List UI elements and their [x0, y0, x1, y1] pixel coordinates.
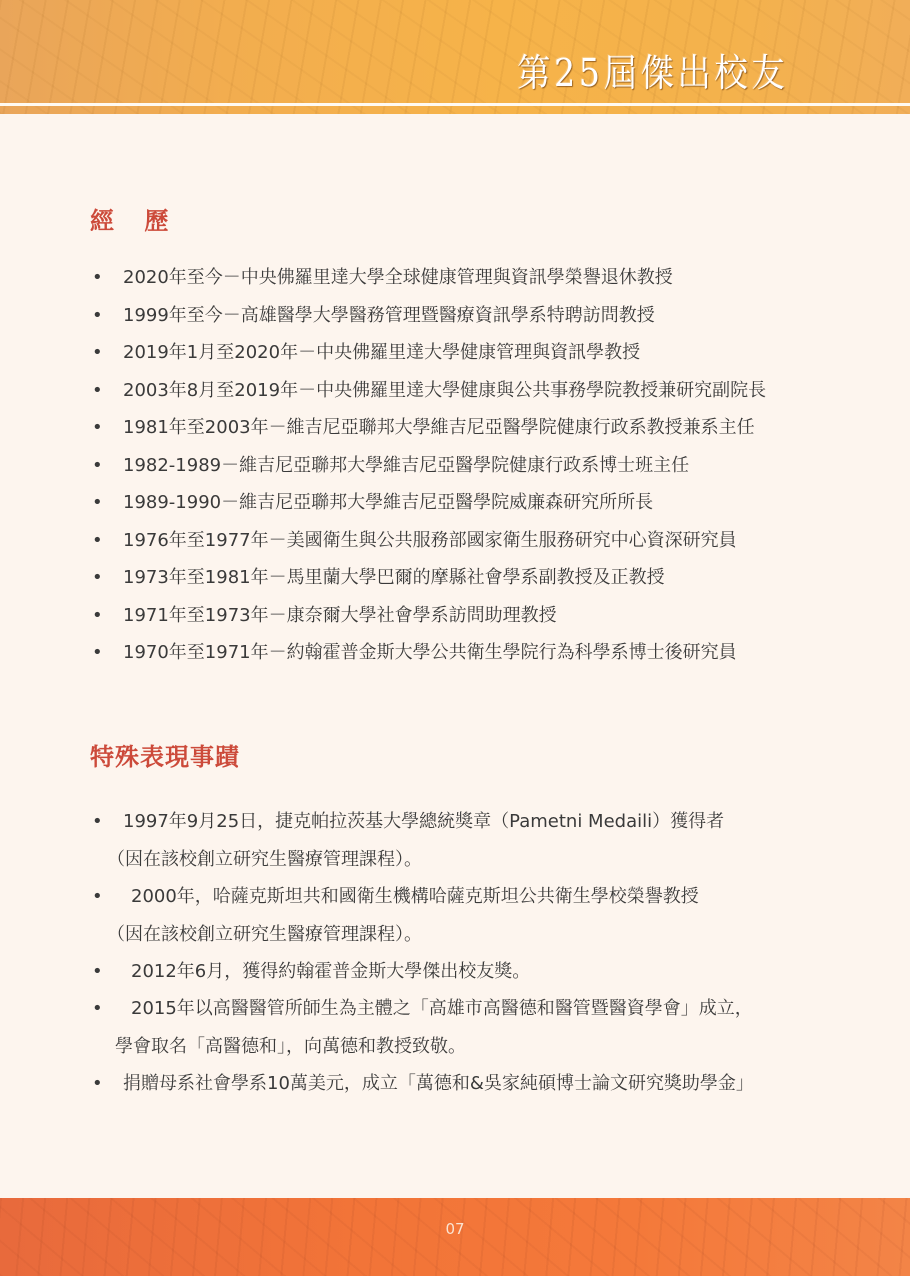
list-item-continuation: 學會取名「高醫德和」，向萬德和教授致敬。: [115, 1036, 754, 1058]
section-title-career: 經 歷: [90, 201, 169, 236]
list-item-text: 2003年8月至2019年－中央佛羅里達大學健康與公共事務學院教授兼研究副院長: [123, 380, 766, 401]
list-item: •1999年至今－高雄醫學大學醫務管理暨醫療資訊學系特聘訪問教授: [92, 305, 766, 343]
list-item: •1971年至1973年－康奈爾大學社會學系訪問助理教授: [92, 605, 766, 643]
bullet-icon: •: [92, 530, 102, 552]
list-item-text: 1989-1990－維吉尼亞聯邦大學維吉尼亞醫學院威廉森研究所所長: [123, 492, 653, 513]
list-item: •2019年1月至2020年－中央佛羅里達大學健康管理與資訊學教授: [92, 342, 766, 380]
bullet-icon: •: [92, 567, 102, 589]
header-banner: 第25屆傑出校友: [0, 0, 910, 114]
list-item-text: 1971年至1973年－康奈爾大學社會學系訪問助理教授: [123, 605, 557, 626]
list-item: •2003年8月至2019年－中央佛羅里達大學健康與公共事務學院教授兼研究副院長: [92, 380, 766, 418]
career-list: •2020年至今－中央佛羅里達大學全球健康管理與資訊學榮譽退休教授 •1999年…: [92, 267, 766, 680]
bullet-icon: •: [92, 642, 102, 664]
bullet-icon: •: [92, 492, 102, 514]
bullet-icon: •: [92, 886, 102, 908]
list-item: •1989-1990－維吉尼亞聯邦大學維吉尼亞醫學院威廉森研究所所長: [92, 492, 766, 530]
list-item-text: 2015年以高醫醫管所師生為主體之「高雄市高醫德和醫管暨醫資學會」成立，: [123, 998, 753, 1019]
list-item: •1970年至1971年－約翰霍普金斯大學公共衛生學院行為科學系博士後研究員: [92, 642, 766, 680]
bullet-icon: •: [92, 998, 102, 1020]
list-item-text: 1997年9月25日，捷克帕拉茨基大學總統獎章（Pametni Medaili）…: [123, 811, 724, 832]
bullet-icon: •: [92, 455, 102, 477]
bullet-icon: •: [92, 380, 102, 402]
list-item: •1973年至1981年－馬里蘭大學巴爾的摩縣社會學系副教授及正教授: [92, 567, 766, 605]
achievements-list: • 1997年9月25日，捷克帕拉茨基大學總統獎章（Pametni Medail…: [92, 811, 754, 1110]
list-item-continuation: （因在該校創立研究生醫療管理課程）。: [107, 924, 754, 946]
list-item: • 1997年9月25日，捷克帕拉茨基大學總統獎章（Pametni Medail…: [92, 811, 754, 871]
list-item-text: 1970年至1971年－約翰霍普金斯大學公共衛生學院行為科學系博士後研究員: [123, 642, 737, 663]
page-number: 07: [0, 1220, 910, 1238]
list-item-text: 2019年1月至2020年－中央佛羅里達大學健康管理與資訊學教授: [123, 342, 640, 363]
list-item-text: 捐贈母系社會學系10萬美元，成立「萬德和&吳家純碩博士論文研究獎助學金」: [123, 1073, 754, 1094]
bullet-icon: •: [92, 417, 102, 439]
list-item-text: 2020年至今－中央佛羅里達大學全球健康管理與資訊學榮譽退休教授: [123, 267, 673, 288]
list-item: • 2012年6月，獲得約翰霍普金斯大學傑出校友獎。: [92, 961, 754, 983]
list-item: •1981年至2003年－維吉尼亞聯邦大學維吉尼亞醫學院健康行政系教授兼系主任: [92, 417, 766, 455]
bullet-icon: •: [92, 961, 102, 983]
bullet-icon: •: [92, 267, 102, 289]
list-item: • 2015年以高醫醫管所師生為主體之「高雄市高醫德和醫管暨醫資學會」成立， 學…: [92, 998, 754, 1058]
list-item: • 捐贈母系社會學系10萬美元，成立「萬德和&吳家純碩博士論文研究獎助學金」: [92, 1073, 754, 1095]
section-title-achievements: 特殊表現事蹟: [90, 737, 240, 772]
header-divider: [0, 103, 910, 106]
bullet-icon: •: [92, 1073, 102, 1095]
list-item-text: 2012年6月，獲得約翰霍普金斯大學傑出校友獎。: [123, 961, 530, 982]
bullet-icon: •: [92, 605, 102, 627]
list-item-continuation: （因在該校創立研究生醫療管理課程）。: [107, 849, 754, 871]
list-item-text: 1981年至2003年－維吉尼亞聯邦大學維吉尼亞醫學院健康行政系教授兼系主任: [123, 417, 755, 438]
list-item: •1976年至1977年－美國衛生與公共服務部國家衛生服務研究中心資深研究員: [92, 530, 766, 568]
list-item-text: 1982-1989－維吉尼亞聯邦大學維吉尼亞醫學院健康行政系博士班主任: [123, 455, 689, 476]
list-item-text: 1999年至今－高雄醫學大學醫務管理暨醫療資訊學系特聘訪問教授: [123, 305, 655, 326]
page-title: 第25屆傑出校友: [517, 42, 788, 97]
list-item: •2020年至今－中央佛羅里達大學全球健康管理與資訊學榮譽退休教授: [92, 267, 766, 305]
bullet-icon: •: [92, 305, 102, 327]
list-item: •1982-1989－維吉尼亞聯邦大學維吉尼亞醫學院健康行政系博士班主任: [92, 455, 766, 493]
footer-banner: 07: [0, 1198, 910, 1276]
bullet-icon: •: [92, 811, 102, 833]
list-item-text: 1976年至1977年－美國衛生與公共服務部國家衛生服務研究中心資深研究員: [123, 530, 737, 551]
bullet-icon: •: [92, 342, 102, 364]
list-item: • 2000年，哈薩克斯坦共和國衛生機構哈薩克斯坦公共衛生學校榮譽教授 （因在該…: [92, 886, 754, 946]
list-item-text: 2000年，哈薩克斯坦共和國衛生機構哈薩克斯坦公共衛生學校榮譽教授: [123, 886, 699, 907]
list-item-text: 1973年至1981年－馬里蘭大學巴爾的摩縣社會學系副教授及正教授: [123, 567, 665, 588]
